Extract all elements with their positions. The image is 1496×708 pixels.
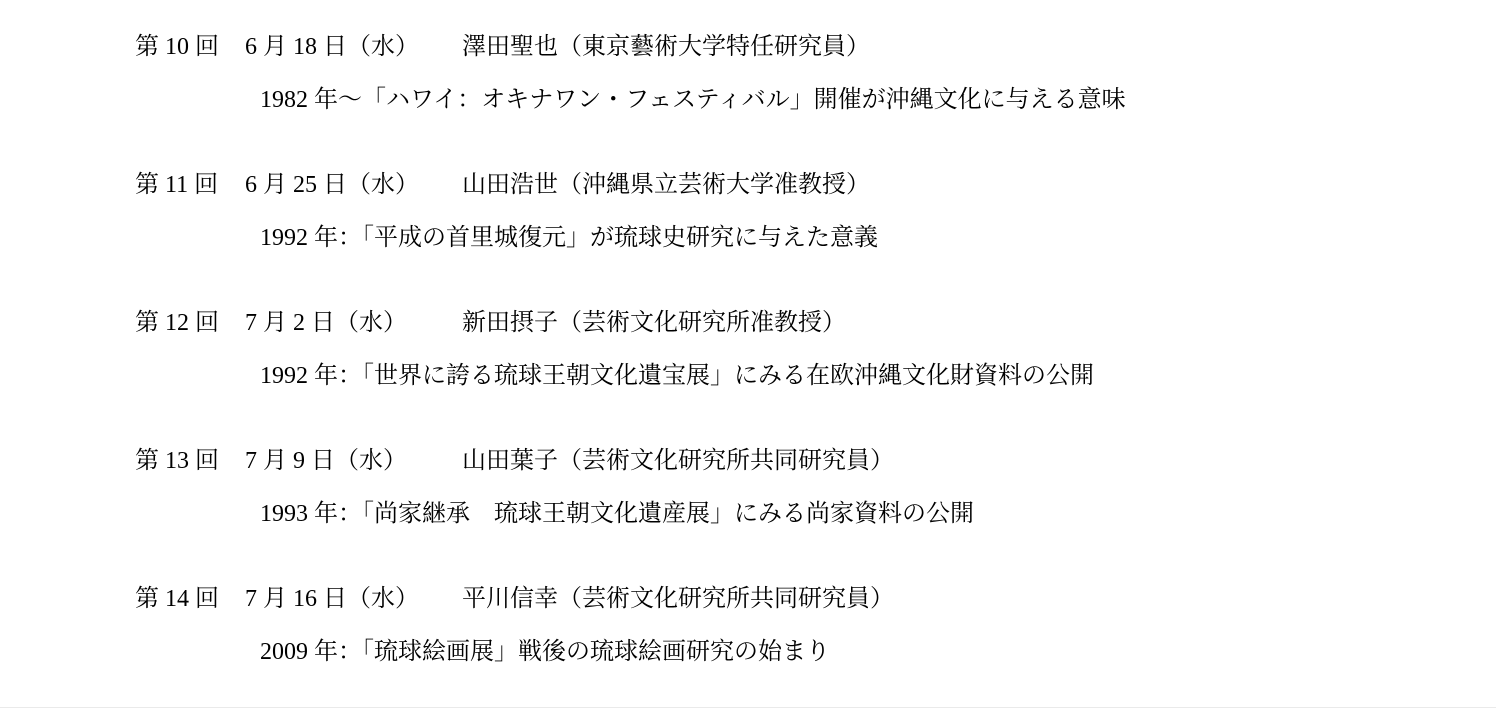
lecture-title: 2009 年：「琉球絵画展」戦後の琉球絵画研究の始まり — [260, 637, 1456, 667]
session-date: 7 月 16 日（水） — [245, 584, 462, 614]
session-number: 第 11 回 — [135, 170, 245, 200]
session-date: 6 月 25 日（水） — [245, 170, 462, 200]
session-date: 6 月 18 日（水） — [245, 32, 462, 62]
session-number: 第 12 回 — [135, 308, 245, 338]
session-entry: 第 11 回6 月 25 日（水）山田浩世（沖縄県立芸術大学准教授） 1992 … — [135, 170, 1456, 253]
session-entry: 第 12 回7 月 2 日（水）新田摂子（芸術文化研究所准教授） 1992 年：… — [135, 308, 1456, 391]
session-entry: 第 14 回7 月 16 日（水）平川信幸（芸術文化研究所共同研究員） 2009… — [135, 584, 1456, 667]
document-page: 第 10 回6 月 18 日（水）澤田聖也（東京藝術大学特任研究員） 1982 … — [0, 0, 1496, 708]
session-number: 第 13 回 — [135, 446, 245, 476]
session-entry: 第 10 回6 月 18 日（水）澤田聖也（東京藝術大学特任研究員） 1982 … — [135, 32, 1456, 115]
session-speaker: 山田葉子（芸術文化研究所共同研究員） — [462, 446, 894, 476]
session-header: 第 12 回7 月 2 日（水）新田摂子（芸術文化研究所准教授） — [135, 308, 1456, 338]
lecture-title: 1982 年～「ハワイ：オキナワン・フェスティバル」開催が沖縄文化に与える意味 — [260, 85, 1456, 115]
session-header: 第 11 回6 月 25 日（水）山田浩世（沖縄県立芸術大学准教授） — [135, 170, 1456, 200]
session-number: 第 14 回 — [135, 584, 245, 614]
session-header: 第 14 回7 月 16 日（水）平川信幸（芸術文化研究所共同研究員） — [135, 584, 1456, 614]
lecture-title: 1993 年：「尚家継承 琉球王朝文化遺産展」にみる尚家資料の公開 — [260, 499, 1456, 529]
session-header: 第 13 回7 月 9 日（水）山田葉子（芸術文化研究所共同研究員） — [135, 446, 1456, 476]
session-speaker: 山田浩世（沖縄県立芸術大学准教授） — [462, 170, 870, 200]
session-speaker: 新田摂子（芸術文化研究所准教授） — [462, 308, 846, 338]
session-number: 第 10 回 — [135, 32, 245, 62]
session-date: 7 月 2 日（水） — [245, 308, 462, 338]
session-date: 7 月 9 日（水） — [245, 446, 462, 476]
session-speaker: 澤田聖也（東京藝術大学特任研究員） — [462, 32, 870, 62]
session-speaker: 平川信幸（芸術文化研究所共同研究員） — [462, 584, 894, 614]
session-header: 第 10 回6 月 18 日（水）澤田聖也（東京藝術大学特任研究員） — [135, 32, 1456, 62]
session-entry: 第 13 回7 月 9 日（水）山田葉子（芸術文化研究所共同研究員） 1993 … — [135, 446, 1456, 529]
lecture-title: 1992 年：「平成の首里城復元」が琉球史研究に与えた意義 — [260, 223, 1456, 253]
lecture-title: 1992 年：「世界に誇る琉球王朝文化遺宝展」にみる在欧沖縄文化財資料の公開 — [260, 361, 1456, 391]
